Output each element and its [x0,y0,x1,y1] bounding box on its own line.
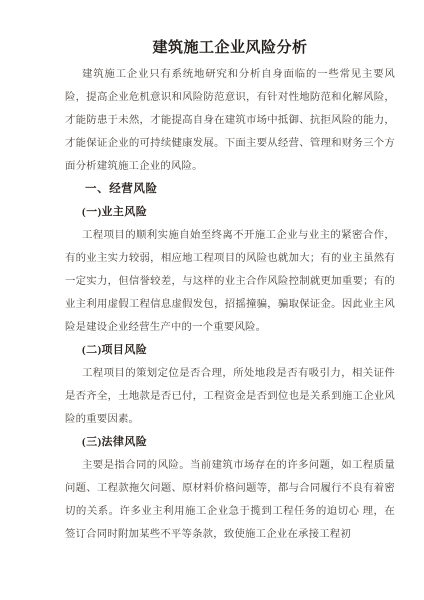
subsection-heading-legal-risk: (三)法律风险 [65,431,395,454]
document-page: 建筑施工企业风险分析 建筑施工企业只有系统地研究和分析自身面临的一些常见主要风险… [0,0,424,600]
legal-risk-paragraph: 主要是指合同的风险。当前建筑市场存在的许多问题，如工程质量问题、工程款拖欠问题、… [65,454,395,546]
owner-risk-paragraph: 工程项目的顺利实施自始至终离不开施工企业与业主的紧密合作，有的业主实力较弱，相应… [65,224,395,339]
project-risk-paragraph: 工程项目的策划定位是否合理，所处地段是否有吸引力，相关证件是否齐全，土地款是否已… [65,362,395,431]
document-title: 建筑施工企业风险分析 [65,33,395,63]
subsection-heading-project-risk: (二)项目风险 [65,339,395,362]
intro-paragraph: 建筑施工企业只有系统地研究和分析自身面临的一些常见主要风险，提高企业危机意识和风… [65,63,395,178]
subsection-heading-owner-risk: (一)业主风险 [65,201,395,224]
section-heading-operating-risk: 一、经营风险 [65,178,395,201]
